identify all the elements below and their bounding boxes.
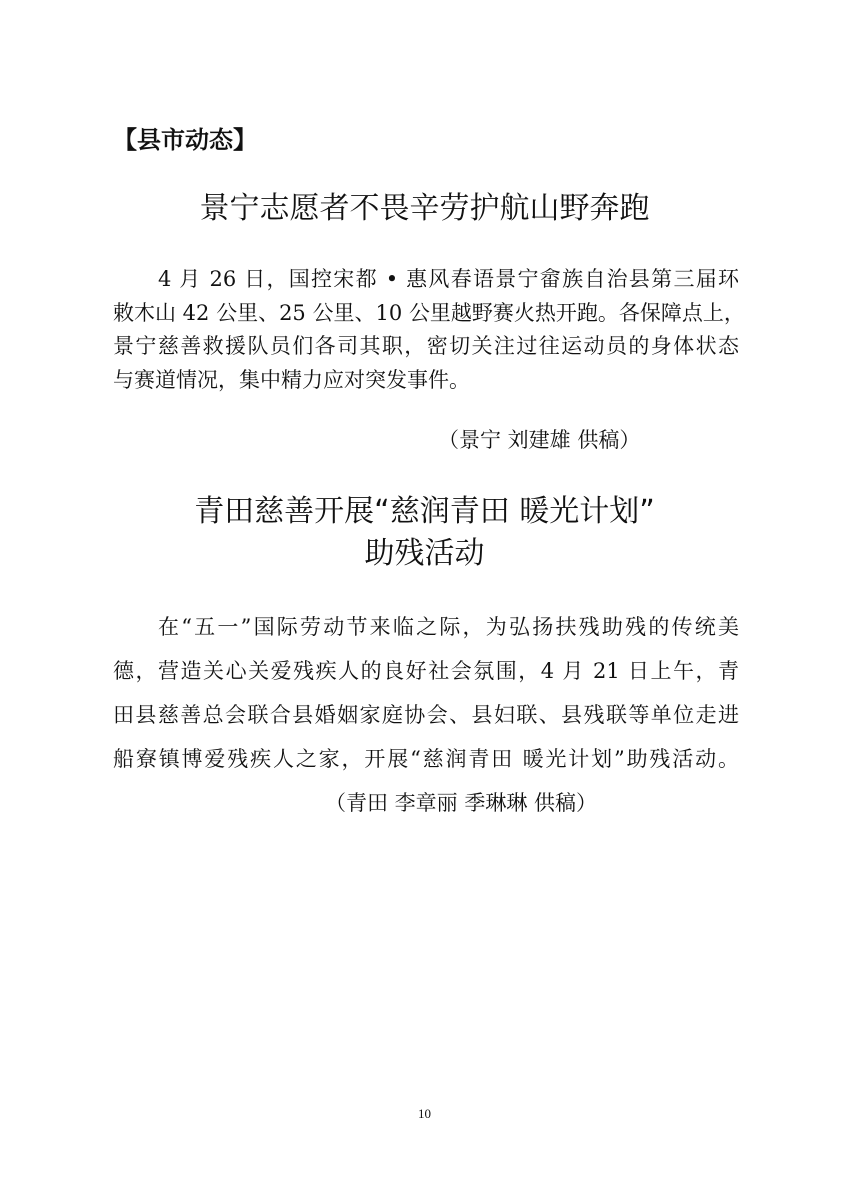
article-1-credit: （景宁 刘建雄 供稿）	[438, 425, 640, 455]
article-2-body-line: 田县慈善总会联合县婚姻家庭协会、县妇联、县残联等单位走进	[113, 693, 739, 737]
article-2-body-line: 德，营造关心关爱残疾人的良好社会氛围，4 月 21 日上午，青	[113, 649, 739, 693]
article-1-title: 景宁志愿者不畏辛劳护航山野奔跑	[0, 188, 849, 230]
article-2-credit: （青田 李章丽 季琳琳 供稿）	[325, 788, 597, 818]
page-number: 10	[0, 1106, 849, 1122]
article-1-body-line: 4 月 26 日，国控宋都 • 惠风春语景宁畲族自治县第三届环	[113, 263, 739, 297]
article-1-body-line: 景宁慈善救援队员们各司其职，密切关注过往运动员的身体状态	[113, 330, 739, 364]
article-2-title-line: 青田慈善开展“慈润青田 暖光计划”	[0, 491, 849, 533]
article-1-body: 4 月 26 日，国控宋都 • 惠风春语景宁畲族自治县第三届环 敕木山 42 公…	[113, 263, 739, 397]
article-2-title: 青田慈善开展“慈润青田 暖光计划” 助残活动	[0, 491, 849, 575]
article-2-title-line: 助残活动	[0, 533, 849, 575]
article-2-body-line: 在“五一”国际劳动节来临之际，为弘扬扶残助残的传统美	[113, 605, 739, 649]
section-tag: 【县市动态】	[113, 120, 257, 155]
article-1-title-line: 景宁志愿者不畏辛劳护航山野奔跑	[0, 188, 849, 230]
article-2-body: 在“五一”国际劳动节来临之际，为弘扬扶残助残的传统美 德，营造关心关爱残疾人的良…	[113, 605, 739, 781]
article-1-body-line: 敕木山 42 公里、25 公里、10 公里越野赛火热开跑。各保障点上，	[113, 297, 739, 331]
article-1-body-line: 与赛道情况，集中精力应对突发事件。	[113, 364, 739, 398]
article-2-body-line: 船寮镇博爱残疾人之家，开展“慈润青田 暖光计划”助残活动。	[113, 737, 739, 781]
